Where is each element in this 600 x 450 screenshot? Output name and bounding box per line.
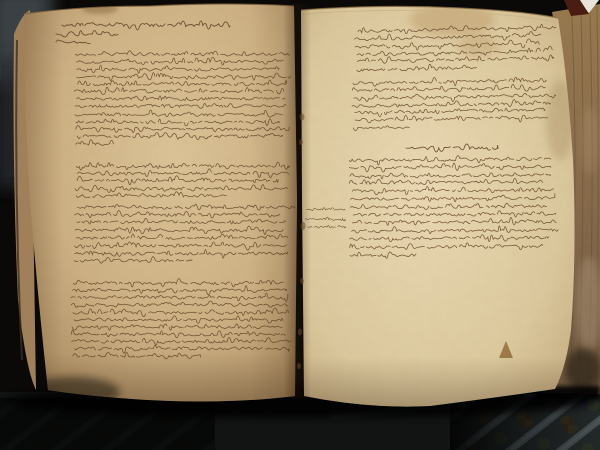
fore-edge-light-patch	[581, 106, 599, 174]
fore-edge-dark-blotch	[565, 348, 600, 392]
gutter-fold-shadow	[283, 4, 311, 398]
manuscript-photo	[0, 0, 600, 450]
manuscript-scene	[0, 0, 600, 450]
